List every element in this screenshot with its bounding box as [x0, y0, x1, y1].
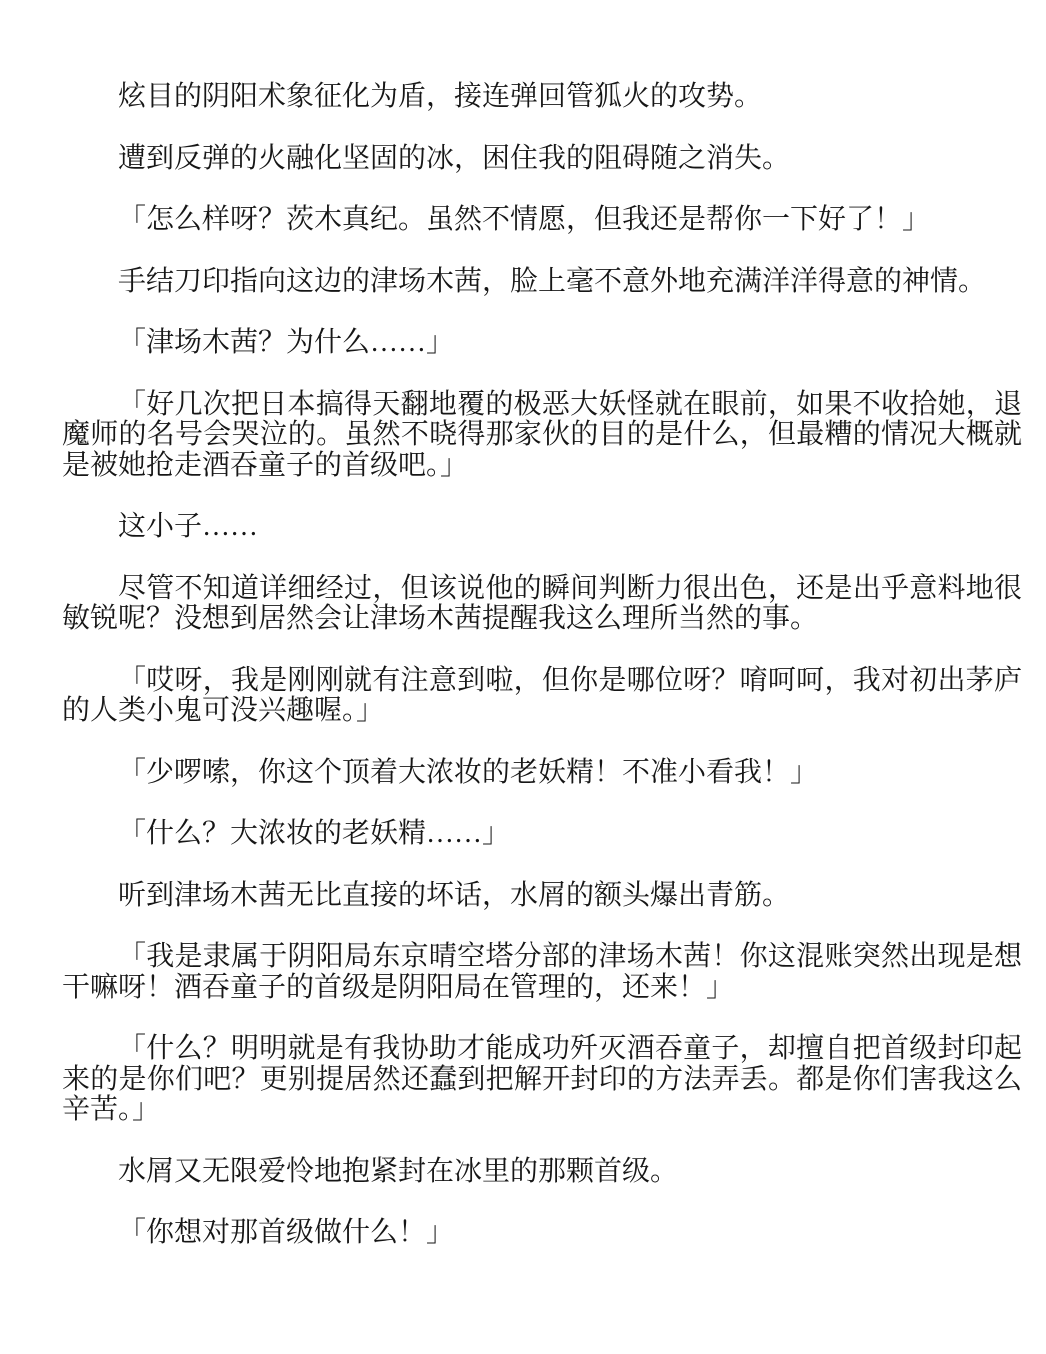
paragraph: 听到津场木茜无比直接的坏话，水屑的额头爆出青筋。: [62, 881, 1022, 912]
paragraph: 「我是隶属于阴阳局东京晴空塔分部的津场木茜！你这混账突然出现是想干嘛呀！酒吞童子…: [62, 942, 1022, 1003]
paragraph: 手结刀印指向这边的津场木茜，脸上毫不意外地充满洋洋得意的神情。: [62, 267, 1022, 298]
paragraph: 「哎呀，我是刚刚就有注意到啦，但你是哪位呀？唷呵呵，我对初出茅庐的人类小鬼可没兴…: [62, 666, 1022, 727]
paragraph: 「什么？大浓妆的老妖精……」: [62, 819, 1022, 850]
paragraph: 这小子……: [62, 512, 1022, 543]
paragraph: 水屑又无限爱怜地抱紧封在冰里的那颗首级。: [62, 1157, 1022, 1188]
novel-page: 炫目的阴阳术象征化为盾，接连弹回管狐火的攻势。 遭到反弹的火融化坚固的冰，困住我…: [0, 0, 1046, 1354]
text-block: 炫目的阴阳术象征化为盾，接连弹回管狐火的攻势。 遭到反弹的火融化坚固的冰，困住我…: [62, 82, 1022, 1249]
paragraph: 「你想对那首级做什么！」: [62, 1218, 1022, 1249]
paragraph: 「津场木茜？为什么……」: [62, 328, 1022, 359]
paragraph: 炫目的阴阳术象征化为盾，接连弹回管狐火的攻势。: [62, 82, 1022, 113]
paragraph: 遭到反弹的火融化坚固的冰，困住我的阻碍随之消失。: [62, 144, 1022, 175]
paragraph: 「好几次把日本搞得天翻地覆的极恶大妖怪就在眼前，如果不收拾她，退魔师的名号会哭泣…: [62, 390, 1022, 482]
paragraph: 「怎么样呀？茨木真纪。虽然不情愿，但我还是帮你一下好了！」: [62, 205, 1022, 236]
paragraph: 尽管不知道详细经过，但该说他的瞬间判断力很出色，还是出乎意料地很敏锐呢？没想到居…: [62, 574, 1022, 635]
paragraph: 「少啰嗦，你这个顶着大浓妆的老妖精！不准小看我！」: [62, 758, 1022, 789]
paragraph: 「什么？明明就是有我协助才能成功歼灭酒吞童子，却擅自把首级封印起来的是你们吧？更…: [62, 1034, 1022, 1126]
